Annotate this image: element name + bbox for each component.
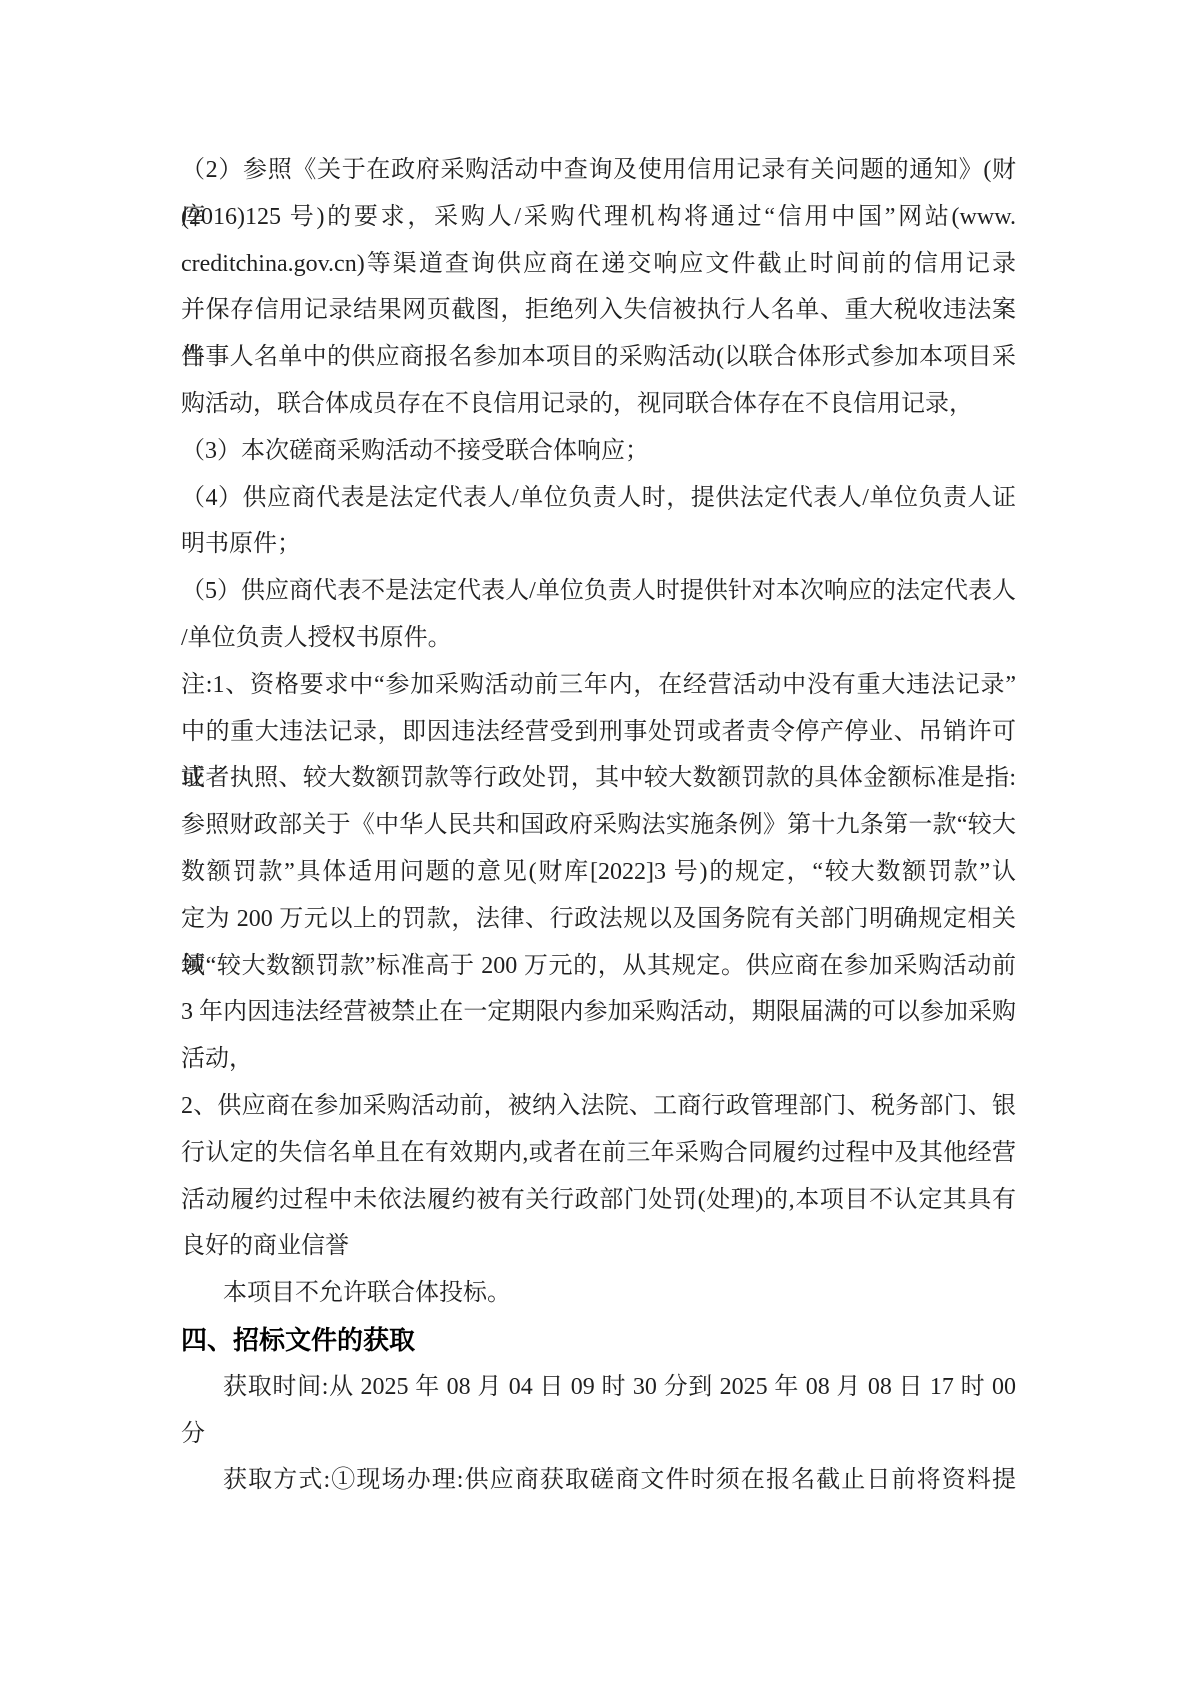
doc-line: /单位负责人授权书原件。 bbox=[181, 615, 1016, 662]
doc-line: 分 bbox=[181, 1411, 1016, 1458]
doc-line: 行认定的失信名单且在有效期内,或者在前三年采购合同履约过程中及其他经营 bbox=[181, 1130, 1016, 1177]
doc-line: 定为 200 万元以上的罚款，法律、行政法规以及国务院有关部门明确规定相关领 bbox=[181, 896, 1016, 943]
doc-line: （3）本次磋商采购活动不接受联合体响应； bbox=[181, 428, 1016, 475]
doc-line: 活动， bbox=[181, 1036, 1016, 1083]
section-heading-4: 四、招标文件的获取 bbox=[181, 1317, 1016, 1364]
doc-line: （4）供应商代表是法定代表人/单位负责人时，提供法定代表人/单位负责人证 bbox=[181, 475, 1016, 522]
doc-line: 并保存信用记录结果网页截图，拒绝列入失信被执行人名单、重大税收违法案件 bbox=[181, 287, 1016, 334]
doc-line: 中的重大违法记录，即因违法经营受到刑事处罚或者责令停产停业、吊销许可证 bbox=[181, 709, 1016, 756]
doc-line: 当事人名单中的供应商报名参加本项目的采购活动(以联合体形式参加本项目采 bbox=[181, 334, 1016, 381]
doc-line: 3 年内因违法经营被禁止在一定期限内参加采购活动，期限届满的可以参加采购 bbox=[181, 989, 1016, 1036]
document-page: （2）参照《关于在政府采购活动中查询及使用信用记录有关问题的通知》(财库 (20… bbox=[0, 0, 1191, 1684]
doc-line: (2016)125 号)的要求，采购人/采购代理机构将通过“信用中国”网站(ww… bbox=[181, 194, 1016, 241]
doc-line: 注:1、资格要求中“参加采购活动前三年内，在经营活动中没有重大违法记录” bbox=[181, 662, 1016, 709]
doc-line: 本项目不允许联合体投标。 bbox=[181, 1270, 1016, 1317]
doc-line: 获取方式:①现场办理:供应商获取磋商文件时须在报名截止日前将资料提 bbox=[181, 1457, 1016, 1504]
doc-line: 获取时间:从 2025 年 08 月 04 日 09 时 30 分到 2025 … bbox=[181, 1364, 1016, 1411]
doc-line: （2）参照《关于在政府采购活动中查询及使用信用记录有关问题的通知》(财库 bbox=[181, 147, 1016, 194]
doc-line: 数额罚款”具体适用问题的意见(财库[2022]3 号)的规定，“较大数额罚款”认 bbox=[181, 849, 1016, 896]
doc-line: 明书原件； bbox=[181, 521, 1016, 568]
doc-line: 或者执照、较大数额罚款等行政处罚，其中较大数额罚款的具体金额标准是指: bbox=[181, 755, 1016, 802]
doc-line: 活动履约过程中未依法履约被有关行政部门处罚(处理)的,本项目不认定其具有 bbox=[181, 1177, 1016, 1224]
doc-line: 参照财政部关于《中华人民共和国政府采购法实施条例》第十九条第一款“较大 bbox=[181, 802, 1016, 849]
doc-line: 域“较大数额罚款”标准高于 200 万元的，从其规定。供应商在参加采购活动前 bbox=[181, 943, 1016, 990]
doc-line: creditchina.gov.cn)等渠道查询供应商在递交响应文件截止时间前的… bbox=[181, 241, 1016, 288]
doc-line: 良好的商业信誉 bbox=[181, 1223, 1016, 1270]
doc-line: （5）供应商代表不是法定代表人/单位负责人时提供针对本次响应的法定代表人 bbox=[181, 568, 1016, 615]
doc-line: 2、供应商在参加采购活动前，被纳入法院、工商行政管理部门、税务部门、银 bbox=[181, 1083, 1016, 1130]
doc-line: 购活动，联合体成员存在不良信用记录的，视同联合体存在不良信用记录， bbox=[181, 381, 1016, 428]
